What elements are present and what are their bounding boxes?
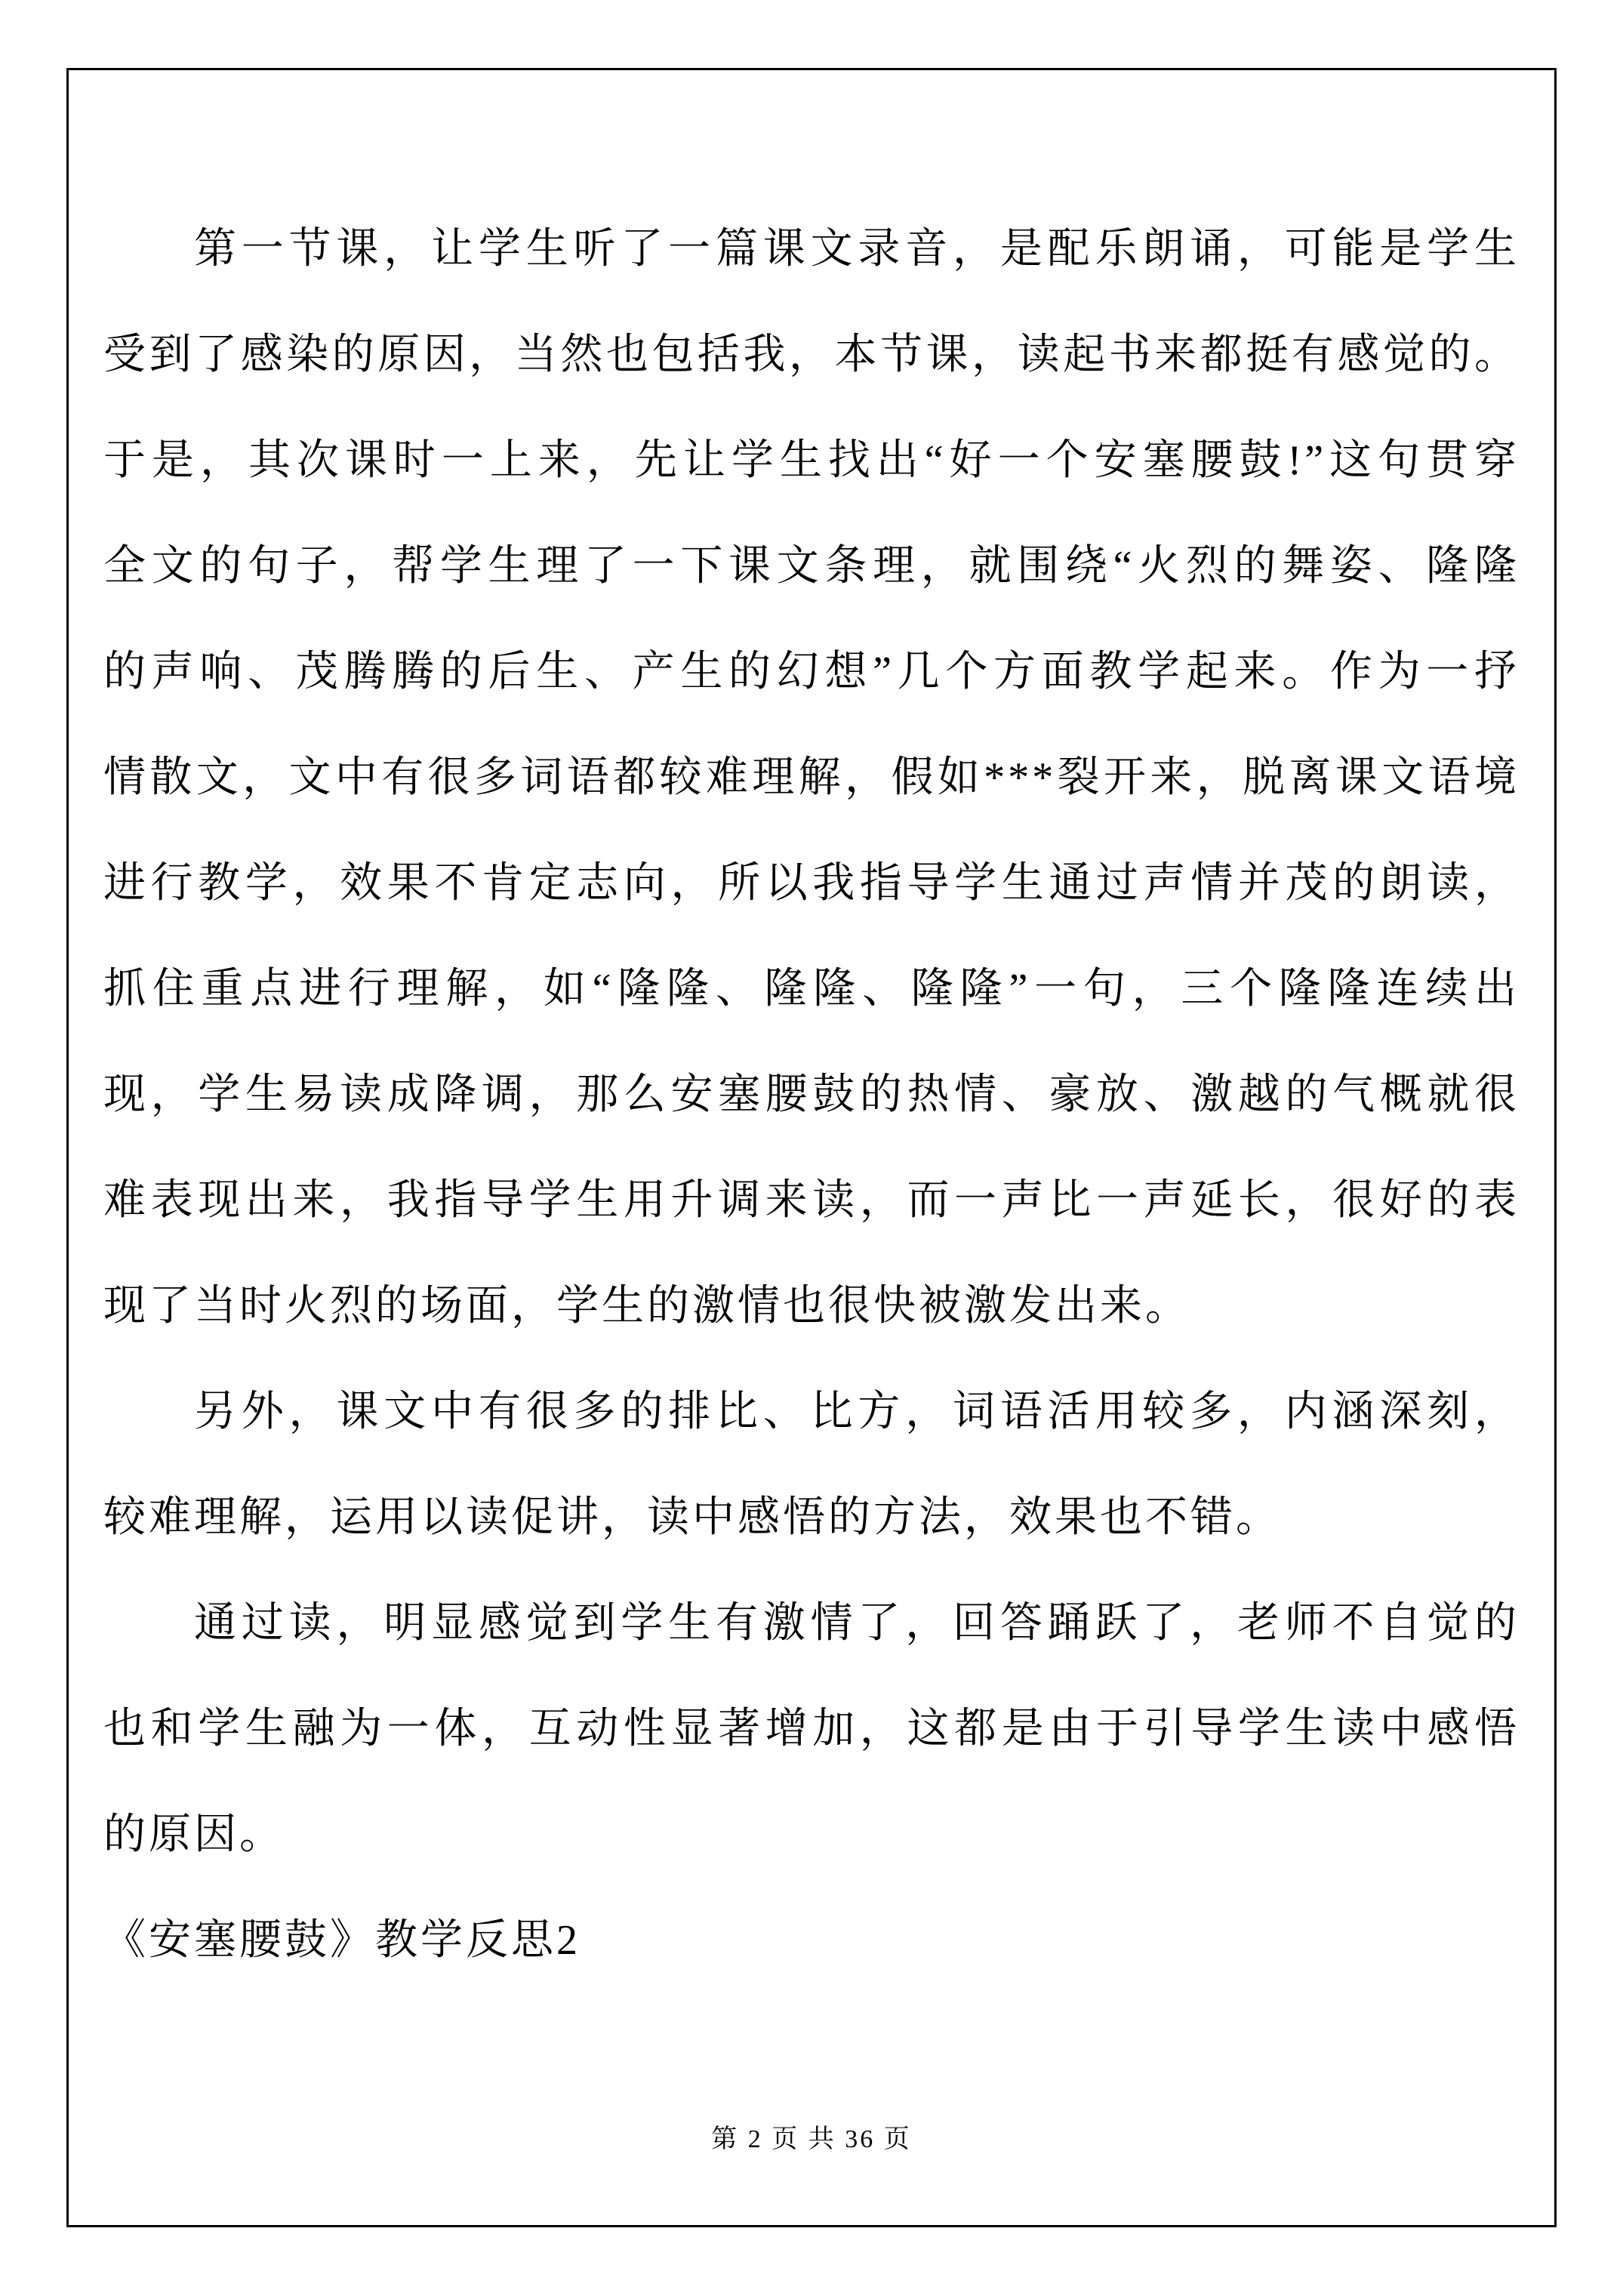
- text-line: 抓住重点进行理解，如“隆隆、隆隆、隆隆”一句，三个隆隆连续出: [103, 936, 1520, 1042]
- text-line: 通过读，明显感觉到学生有激情了，回答踊跃了，老师不自觉的: [103, 1570, 1520, 1676]
- text-line: 进行教学，效果不肯定志向，所以我指导学生通过声情并茂的朗读，: [103, 831, 1520, 936]
- page-footer: 第 2 页 共 36 页: [0, 2123, 1623, 2156]
- text-line: 现了当时火烈的场面，学生的激情也很快被激发出来。: [103, 1253, 1520, 1359]
- text-line: 现，学生易读成降调，那么安塞腰鼓的热情、豪放、激越的气概就很: [103, 1042, 1520, 1148]
- text-line: 较难理解，运用以读促讲，读中感悟的方法，效果也不错。: [103, 1465, 1520, 1570]
- section-heading: 《安塞腰鼓》教学反思2: [103, 1888, 1520, 1993]
- text-line: 情散文，文中有很多词语都较难理解，假如***裂开来，脱离课文语境: [103, 725, 1520, 831]
- text-line: 于是，其次课时一上来，先让学生找出“好一个安塞腰鼓!”这句贯穿: [103, 408, 1520, 513]
- text-line: 的原因。: [103, 1782, 1520, 1888]
- document-body: 第一节课，让学生听了一篇课文录音，是配乐朗诵，可能是学生受到了感染的原因，当然也…: [103, 196, 1520, 1993]
- text-line: 全文的句子，帮学生理了一下课文条理，就围绕“火烈的舞姿、隆隆: [103, 513, 1520, 619]
- text-line: 受到了感染的原因，当然也包括我，本节课，读起书来都挺有感觉的。: [103, 302, 1520, 408]
- text-line: 也和学生融为一体，互动性显著增加，这都是由于引导学生读中感悟: [103, 1676, 1520, 1782]
- text-line: 另外，课文中有很多的排比、比方，词语活用较多，内涵深刻，: [103, 1359, 1520, 1465]
- document-page: 第一节课，让学生听了一篇课文录音，是配乐朗诵，可能是学生受到了感染的原因，当然也…: [0, 0, 1623, 2296]
- page-number: 第 2 页 共 36 页: [711, 2125, 912, 2153]
- text-line: 难表现出来，我指导学生用升调来读，而一声比一声延长，很好的表: [103, 1148, 1520, 1253]
- text-line: 的声响、茂腾腾的后生、产生的幻想”几个方面教学起来。作为一抒: [103, 619, 1520, 725]
- text-line: 第一节课，让学生听了一篇课文录音，是配乐朗诵，可能是学生: [103, 196, 1520, 302]
